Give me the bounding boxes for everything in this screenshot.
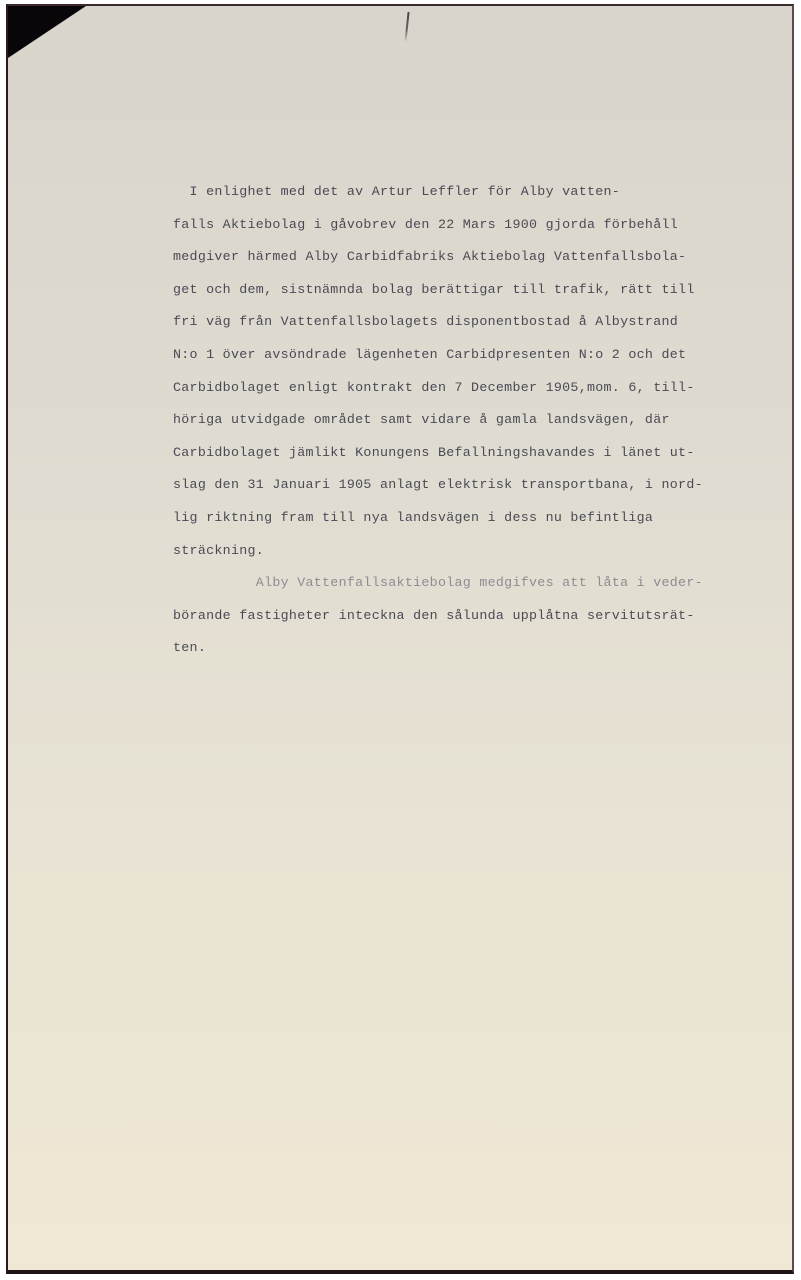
scanned-page-frame: I enlighet med det av Artur Leffler för … <box>0 0 801 1280</box>
text-line: medgiver härmed Alby Carbidfabriks Aktie… <box>173 241 801 274</box>
text-line: I enlighet med det av Artur Leffler för … <box>173 176 801 209</box>
text-line: get och dem, sistnämnda bolag berättigar… <box>173 274 801 307</box>
text-line: falls Aktiebolag i gåvobrev den 22 Mars … <box>173 209 801 242</box>
text-line: ten. <box>173 632 801 665</box>
text-line: börande fastigheter inteckna den sålunda… <box>173 600 801 633</box>
text-line: fri väg från Vattenfallsbolagets dispone… <box>173 306 801 339</box>
text-line: sträckning. <box>173 535 801 568</box>
text-line: höriga utvidgade området samt vidare å g… <box>173 404 801 437</box>
text-line: Carbidbolaget enligt kontrakt den 7 Dece… <box>173 372 801 405</box>
paper-sheet: I enlighet med det av Artur Leffler för … <box>6 4 794 1274</box>
torn-corner <box>8 6 86 58</box>
pen-mark <box>404 12 409 42</box>
text-line: slag den 31 Januari 1905 anlagt elektris… <box>173 469 801 502</box>
text-line: lig riktning fram till nya landsvägen i … <box>173 502 801 535</box>
paragraph-1: I enlighet med det av Artur Leffler för … <box>173 176 801 567</box>
text-line: Carbidbolaget jämlikt Konungens Befallni… <box>173 437 801 470</box>
paragraph-2: Alby Vattenfallsaktiebolag medgifves att… <box>173 567 801 665</box>
text-line: N:o 1 över avsöndrade lägenheten Carbidp… <box>173 339 801 372</box>
text-line: Alby Vattenfallsaktiebolag medgifves att… <box>173 567 801 600</box>
typewritten-body: I enlighet med det av Artur Leffler för … <box>173 176 801 665</box>
